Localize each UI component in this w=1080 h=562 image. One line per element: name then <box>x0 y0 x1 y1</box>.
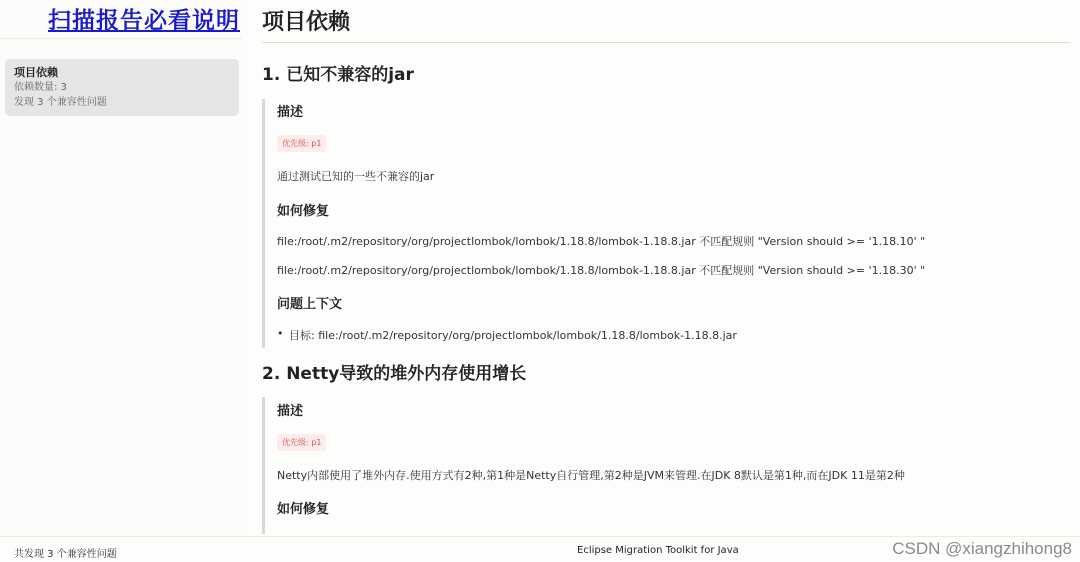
priority-badge: 优先级: p1 <box>277 135 326 152</box>
fix-line: file:/root/.m2/repository/org/projectlom… <box>277 262 925 278</box>
report-guide-link[interactable]: 扫描报告必看说明 <box>48 2 240 35</box>
page-title: 项目依赖 <box>262 5 350 36</box>
main-content: 项目依赖 1. 已知不兼容的jar 描述 优先级: p1 通过测试已知的一些不兼… <box>248 0 1080 536</box>
status-bar: 共发现 3 个兼容性问题 Eclipse Migration Toolkit f… <box>0 536 1080 562</box>
fix-label: 如何修复 <box>277 498 329 517</box>
description-label: 描述 <box>277 101 303 120</box>
description-label: 描述 <box>277 400 303 419</box>
description-text: 通过测试已知的一些不兼容的jar <box>277 168 434 184</box>
fix-line: file:/root/.m2/repository/org/projectlom… <box>277 233 925 249</box>
context-label: 问题上下文 <box>277 293 342 312</box>
sidebar-item-project-dependencies[interactable]: 项目依赖 依赖数量: 3 发现 3 个兼容性问题 <box>5 59 239 116</box>
issue-block-2: 描述 优先级: p1 Netty内部使用了堆外内存.使用方式有2种,第1种是Ne… <box>262 397 1070 534</box>
issues-found-count: 发现 3 个兼容性问题 <box>14 95 230 110</box>
title-divider <box>262 42 1070 43</box>
app-window: 扫描报告必看说明 项目依赖 依赖数量: 3 发现 3 个兼容性问题 项目依赖 1… <box>0 0 1080 562</box>
issue-heading-1: 1. 已知不兼容的jar <box>262 60 414 85</box>
watermark: CSDN @xiangzhihong8 <box>892 539 1072 559</box>
sidebar-item-title: 项目依赖 <box>14 65 230 80</box>
sidebar: 扫描报告必看说明 项目依赖 依赖数量: 3 发现 3 个兼容性问题 <box>0 0 242 536</box>
issue-heading-2: 2. Netty导致的堆外内存使用增长 <box>262 359 526 384</box>
dependency-count: 依赖数量: 3 <box>14 80 230 95</box>
context-item: 目标: file:/root/.m2/repository/org/projec… <box>289 327 737 343</box>
issue-block-1: 描述 优先级: p1 通过测试已知的一些不兼容的jar 如何修复 file:/r… <box>262 99 1070 348</box>
issue-summary: 共发现 3 个兼容性问题 <box>14 545 117 560</box>
fix-label: 如何修复 <box>277 200 329 219</box>
product-name: Eclipse Migration Toolkit for Java <box>577 545 739 556</box>
description-text: Netty内部使用了堆外内存.使用方式有2种,第1种是Netty自行管理,第2种… <box>277 467 905 483</box>
sidebar-divider <box>0 38 242 39</box>
priority-badge: 优先级: p1 <box>277 434 326 451</box>
